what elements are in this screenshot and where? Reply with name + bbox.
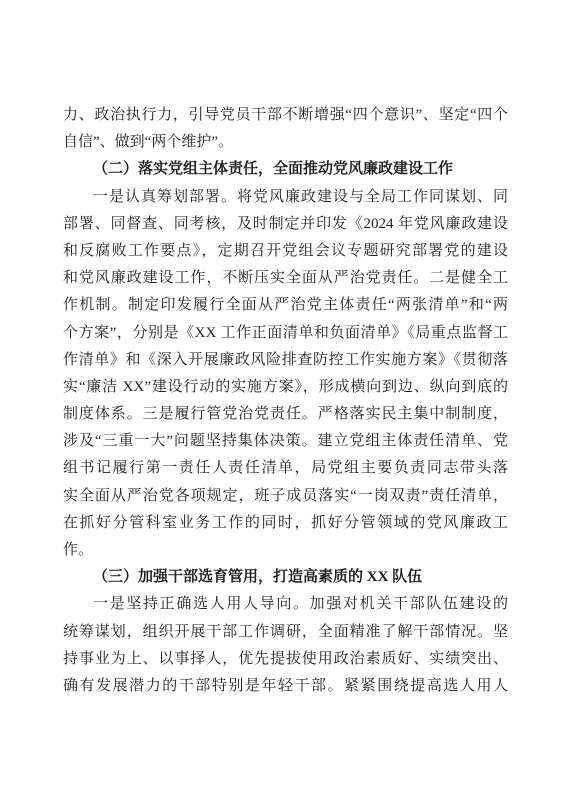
document-line: 统筹谋划，组织开展干部工作调研，全面精准了解干部情况。坚	[63, 619, 508, 646]
document-line: 力、政治执行力，引导党员干部不断增强“四个意识”、坚定“四个	[63, 102, 508, 129]
section-heading: （二）落实党组主体责任，全面推动党风廉政建设工作	[63, 156, 508, 183]
document-line: 涉及“三重一大”问题坚持集体决策。建立党组主体责任清单、党	[63, 428, 508, 455]
document-line: 持事业为上、以事择人，优先提拔使用政治素质好、实绩突出、	[63, 646, 508, 673]
document-line: 作清单》和《深入开展廉政风险排查防控工作实施方案》《贯彻落	[63, 347, 508, 374]
document-line: 组书记履行第一责任人责任清单，局党组主要负责同志带头落	[63, 455, 508, 482]
document-line: 自信”、做到“两个维护”。	[63, 129, 508, 156]
document-line: 确有发展潜力的干部特别是年轻干部。紧紧围绕提高选人用人	[63, 673, 508, 700]
document-page: 力、政治执行力，引导党员干部不断增强“四个意识”、坚定“四个自信”、做到“两个维…	[0, 0, 570, 807]
document-line: 作。	[63, 537, 508, 564]
document-line: 和党风廉政建设工作，不断压实全面从严治党责任。二是健全工	[63, 265, 508, 292]
document-line: 实全面从严治党各项规定，班子成员落实“一岗双责”责任清单，	[63, 483, 508, 510]
section-heading: （三）加强干部选育管用，打造高素质的 XX 队伍	[63, 564, 508, 591]
document-line: 制度体系。三是履行管党治党责任。严格落实民主集中制制度，	[63, 401, 508, 428]
document-line: 和反腐败工作要点》，定期召开党组会议专题研究部署党的建设	[63, 238, 508, 265]
document-line: 个方案”，分别是《XX 工作正面清单和负面清单》《局重点监督工	[63, 320, 508, 347]
document-line: 一是认真筹划部署。将党风廉政建设与全局工作同谋划、同	[63, 184, 508, 211]
document-line: 作机制。制定印发履行全面从严治党主体责任“两张清单”和“两	[63, 292, 508, 319]
document-line: 在抓好分管科室业务工作的同时，抓好分管领域的党风廉政工	[63, 510, 508, 537]
document-text-block: 力、政治执行力，引导党员干部不断增强“四个意识”、坚定“四个自信”、做到“两个维…	[63, 102, 508, 700]
document-line: 部署、同督查、同考核，及时制定并印发《2024 年党风廉政建设	[63, 211, 508, 238]
document-line: 一是坚持正确选人用人导向。加强对机关干部队伍建设的	[63, 591, 508, 618]
document-line: 实“廉洁 XX”建设行动的实施方案》，形成横向到边、纵向到底的	[63, 374, 508, 401]
